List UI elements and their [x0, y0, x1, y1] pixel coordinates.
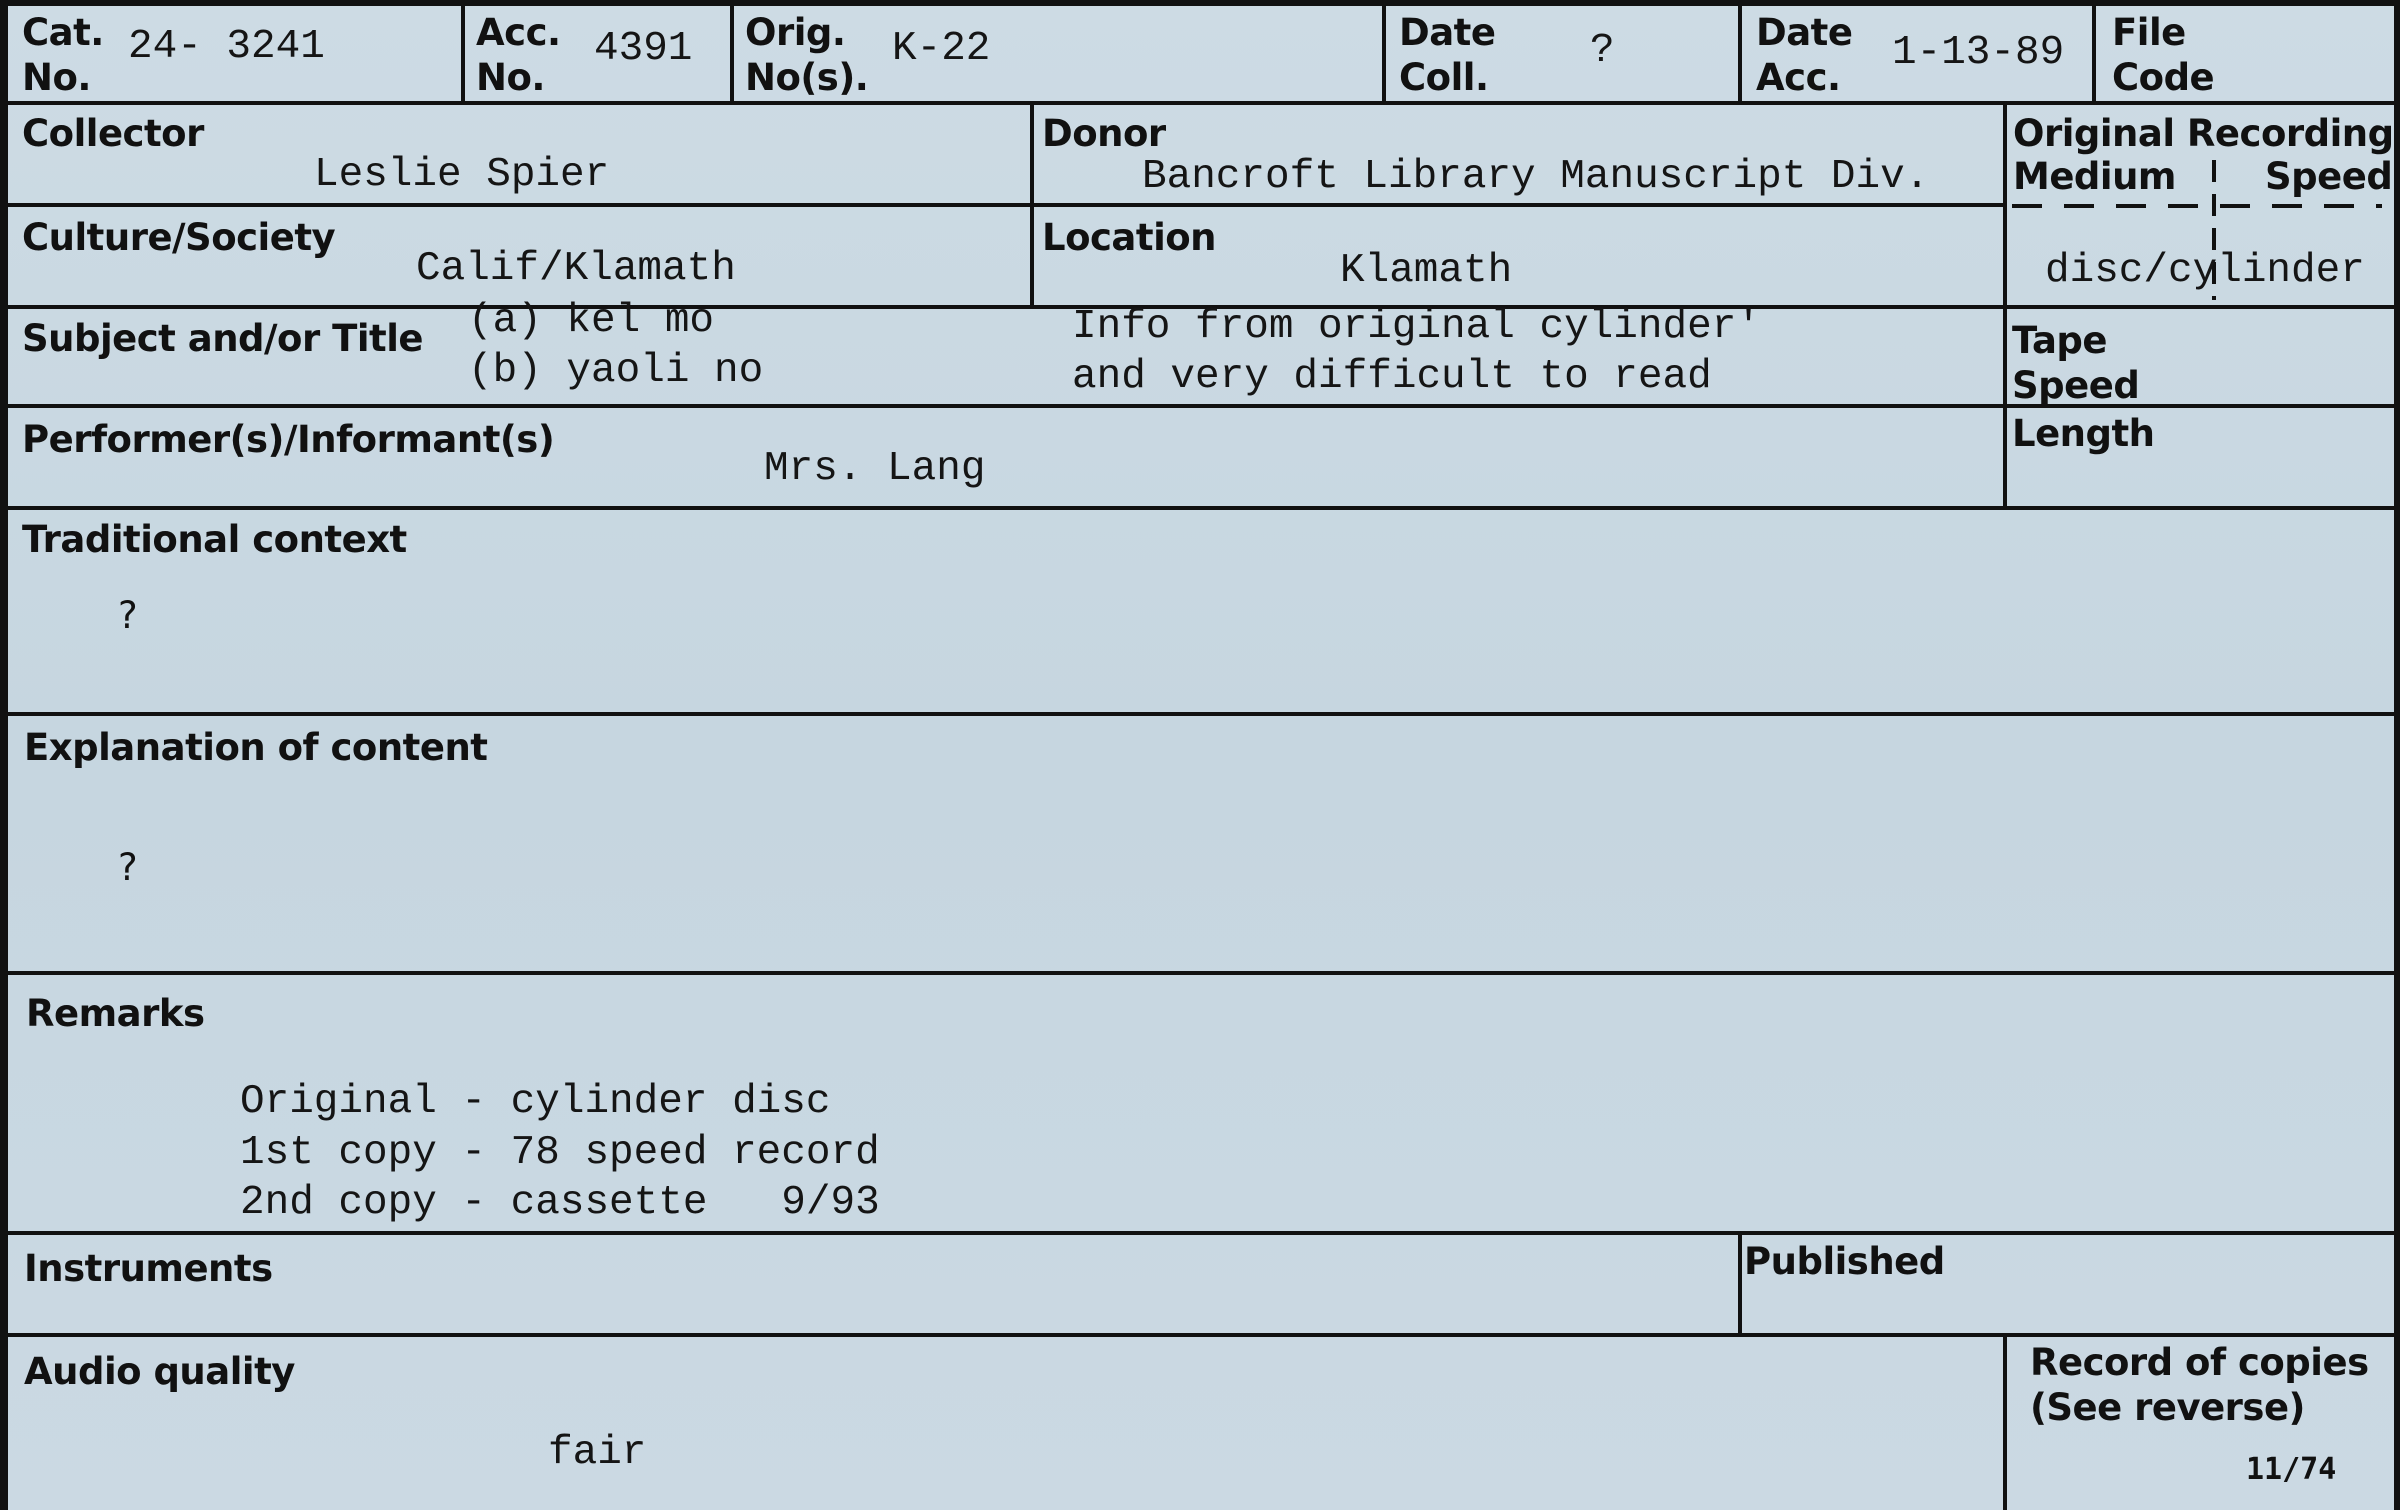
divider: [1382, 0, 1386, 103]
subject-title-label: Subject and/or Title: [22, 317, 423, 360]
date-coll-label: Date Coll.: [1399, 10, 1495, 100]
acc-no-label: Acc. No.: [476, 10, 561, 100]
row-line: [0, 1231, 2400, 1235]
row-line: [0, 1333, 2400, 1337]
performers-label: Performer(s)/Informant(s): [22, 418, 554, 461]
record-of-copies-label: Record of copies (See reverse): [2030, 1340, 2369, 1430]
culture-society-value: Calif/Klamath: [416, 244, 736, 294]
location-value: Klamath: [1340, 246, 1512, 296]
donor-value: Bancroft Library Manuscript Div.: [1142, 152, 1929, 202]
traditional-context-label: Traditional context: [22, 518, 407, 561]
divider: [1030, 103, 1034, 306]
original-recording-value: disc/cylinder: [2045, 246, 2365, 296]
orig-nos-value: K-22: [892, 24, 990, 74]
divider: [1738, 1233, 1742, 1333]
remarks-line-3: 2nd copy - cassette 9/93: [240, 1178, 880, 1228]
original-recording-label: Original Recording: [2013, 112, 2394, 155]
divider: [730, 0, 734, 103]
audio-quality-value: fair: [548, 1428, 646, 1478]
cat-no-label: Cat. No.: [22, 10, 104, 100]
original-recording-medium-label: Medium: [2013, 155, 2176, 198]
divider: [2092, 0, 2096, 103]
row-line: [0, 203, 2004, 207]
remarks-line-1: Original - cylinder disc: [240, 1077, 831, 1127]
form-revision-date: 11/74: [2246, 1452, 2336, 1487]
instruments-label: Instruments: [24, 1247, 273, 1290]
original-recording-speed-label: Speed: [2265, 155, 2392, 198]
audio-quality-label: Audio quality: [24, 1350, 295, 1393]
dashed-divider: [2012, 204, 2382, 208]
tape-speed-label: Tape Speed: [2012, 318, 2139, 408]
collector-value: Leslie Spier: [314, 150, 609, 200]
remarks-line-2: 1st copy - 78 speed record: [240, 1128, 880, 1178]
row-line: [0, 506, 2400, 510]
border-left: [0, 0, 8, 1510]
divider: [2003, 1335, 2007, 1510]
catalog-card: Cat. No. 24- 3241 Acc. No. 4391 Orig. No…: [0, 0, 2400, 1510]
acc-no-value: 4391: [594, 24, 692, 74]
date-acc-label: Date Acc.: [1756, 10, 1852, 100]
subject-note-line-2: and very difficult to read: [1072, 352, 1712, 402]
explanation-label: Explanation of content: [24, 726, 488, 769]
date-coll-value: ?: [1590, 26, 1615, 76]
donor-label: Donor: [1042, 112, 1166, 155]
row-line: [0, 971, 2400, 975]
file-code-label: File Code: [2112, 10, 2214, 100]
row-line: [0, 712, 2400, 716]
collector-label: Collector: [22, 112, 204, 155]
culture-society-label: Culture/Society: [22, 216, 335, 259]
cat-no-value: 24- 3241: [128, 22, 325, 72]
subject-item-b: (b) yaoli no: [468, 346, 763, 396]
performers-value: Mrs. Lang: [764, 444, 985, 494]
divider: [1738, 0, 1742, 103]
date-acc-value: 1-13-89: [1892, 28, 2064, 78]
published-label: Published: [1744, 1240, 1945, 1283]
row-line: [0, 101, 2400, 105]
border-right: [2394, 0, 2400, 1510]
subject-item-a: (a) kel mo: [468, 296, 714, 346]
divider: [2003, 103, 2007, 506]
border-top: [0, 0, 2400, 6]
location-label: Location: [1042, 216, 1216, 259]
explanation-value: ?: [118, 846, 137, 889]
divider: [461, 0, 465, 103]
length-label: Length: [2012, 412, 2155, 455]
remarks-label: Remarks: [26, 992, 204, 1035]
orig-nos-label: Orig. No(s).: [745, 10, 868, 100]
traditional-context-value: ?: [118, 594, 137, 637]
subject-note-line-1: Info from original cylinder': [1072, 302, 1761, 352]
